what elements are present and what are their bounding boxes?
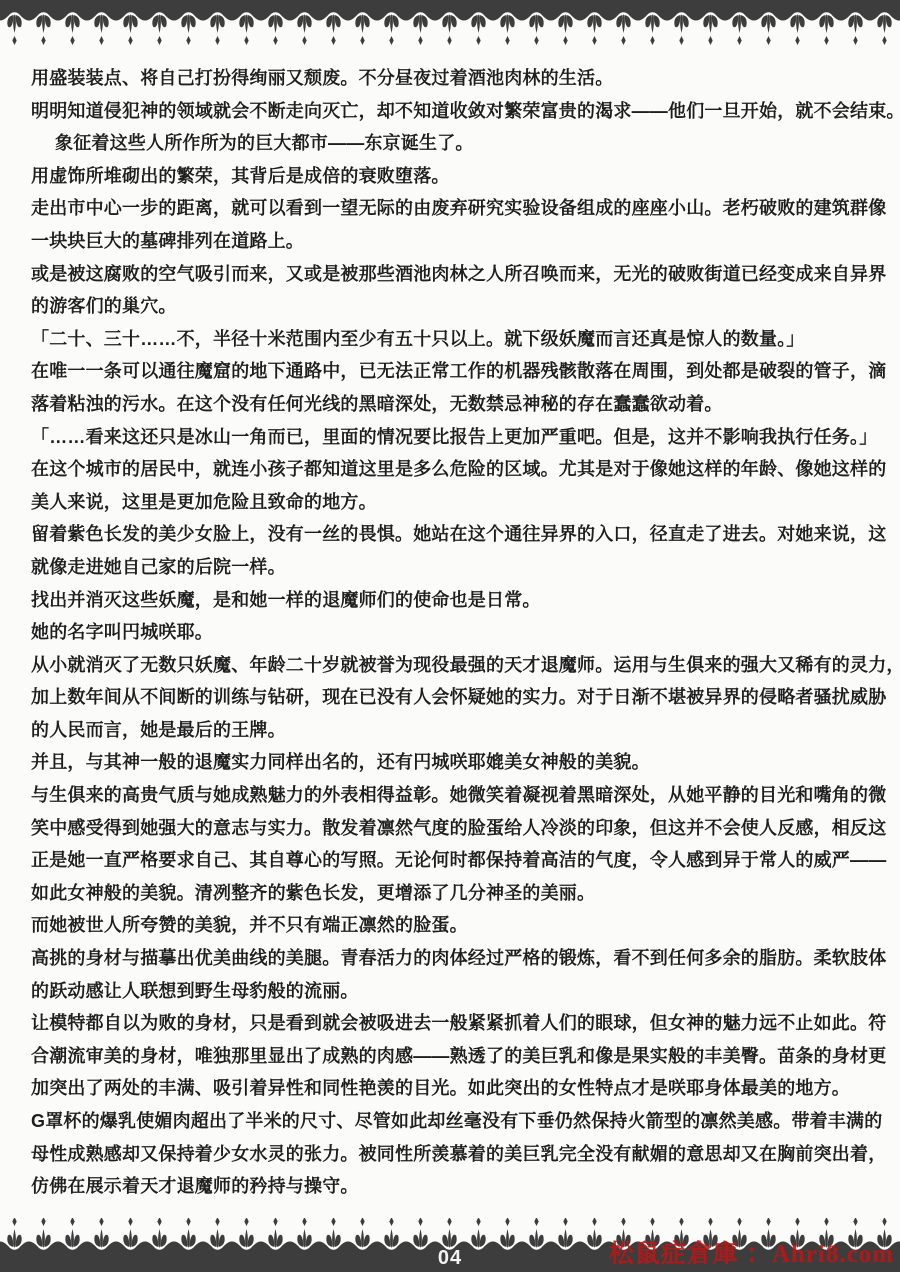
text-line: 正是她一直严格要求自己、其自尊心的写照。无论何时都保持着高洁的气度，令人感到异于… — [31, 844, 889, 877]
text-line: 母性成熟感却又保持着少女水灵的张力。被同性所羡慕着的美巨乳完全没有献媚的意思却又… — [31, 1138, 889, 1171]
text-line: 让模特都自以为败的身材，只是看到就会被吸进去一般紧紧抓着人们的眼球，但女神的魅力… — [31, 1007, 889, 1040]
text-line: 加上数年间从不间断的训练与钻研，现在已没有人会怀疑她的实力。对于日渐不堪被异界的… — [31, 681, 889, 714]
text-line: 一块块巨大的墓碑排列在道路上。 — [31, 225, 889, 258]
text-line: 她的名字叫円城咲耶。 — [31, 616, 889, 649]
text-line: 高挑的身材与描摹出优美曲线的美腿。青春活力的肉体经过严格的锻炼，看不到任何多余的… — [31, 942, 889, 975]
text-line: 合潮流审美的身材，唯独那里显出了成熟的肉感——熟透了的美巨乳和像是果实般的丰美臀… — [31, 1040, 889, 1073]
text-line: 走出市中心一步的距离，就可以看到一望无际的由废弃研究实验设备组成的座座小山。老朽… — [31, 192, 889, 225]
text-line: 美人来说，这里是更加危险且致命的地方。 — [31, 486, 889, 519]
text-line: 在唯一一条可以通往魔窟的地下通路中，已无法正常工作的机器残骸散落在周围，到处都是… — [31, 355, 889, 388]
text-line: 而她被世人所夸赞的美貌，并不只有端正凛然的脸蛋。 — [31, 909, 889, 942]
text-line: G罩杯的爆乳使媚肉超出了半米的尺寸、尽管如此却丝毫没有下垂仍然保持火箭型的凛然美… — [31, 1105, 889, 1138]
text-line: 的游客们的巢穴。 — [31, 290, 889, 323]
fleur-de-lis-top-border-icon — [0, 0, 900, 50]
text-line: 就像走进她自己家的后院一样。 — [31, 551, 889, 584]
text-line: 在这个城市的居民中，就连小孩子都知道这里是多么危险的区域。尤其是对于像她这样的年… — [31, 453, 889, 486]
text-line: 仿佛在展示着天才退魔师的矜持与操守。 — [31, 1170, 889, 1203]
text-line: 找出并消灭这些妖魔，是和她一样的退魔师们的使命也是日常。 — [31, 584, 889, 617]
text-line: 的跃动感让人联想到野生母豹般的流丽。 — [31, 975, 889, 1008]
text-line: 「二十、三十……不，半径十米范围内至少有五十只以上。就下级妖魔而言还真是惊人的数… — [31, 323, 889, 356]
text-line: 从小就消灭了无数只妖魔、年龄二十岁就被誉为现役最强的天才退魔师。运用与生俱来的强… — [31, 649, 889, 682]
text-line: 与生俱来的高贵气质与她成熟魅力的外表相得益彰。她微笑着凝视着黑暗深处，从她平静的… — [31, 779, 889, 812]
text-line: 如此女神般的美貌。清冽整齐的紫色长发，更增添了几分神圣的美丽。 — [31, 877, 889, 910]
text-line: 落着粘浊的污水。在这个没有任何光线的黑暗深处，无数禁忌神秘的存在蠢蠢欲动着。 — [31, 388, 889, 421]
document-text: 用盛装装点、将自己打扮得绚丽又颓废。不分昼夜过着酒池肉林的生活。明明知道侵犯神的… — [31, 62, 889, 1203]
text-line: 用虚饰所堆砌出的繁荣，其背后是成倍的衰败堕落。 — [31, 160, 889, 193]
text-line: 并且，与其神一般的退魔实力同样出名的，还有円城咲耶媲美女神般的美貌。 — [31, 746, 889, 779]
text-line: 明明知道侵犯神的领域就会不断走向灭亡，却不知道收敛对繁荣富贵的渴求——他们一旦开… — [31, 95, 889, 128]
text-line: 的人民而言，她是最后的王牌。 — [31, 714, 889, 747]
text-line: 或是被这腐败的空气吸引而来，又或是被那些酒池肉林之人所召唤而来，无光的破败街道已… — [31, 258, 889, 291]
text-line: 象征着这些人所作所为的巨大都市——东京诞生了。 — [31, 127, 889, 160]
text-line: 加突出了两处的丰满、吸引着异性和同性艳羡的目光。如此突出的女性特点才是咲耶身体最… — [31, 1072, 889, 1105]
text-line: 用盛装装点、将自己打扮得绚丽又颓废。不分昼夜过着酒池肉林的生活。 — [31, 62, 889, 95]
text-line: 笑中感受得到她强大的意志与实力。散发着凛然气度的脸蛋给人冷淡的印象，但这并不会使… — [31, 812, 889, 845]
watermark-text: 松鼠症倉庫 ：Ahri8.com — [609, 1234, 894, 1270]
text-line: 「……看来这还只是冰山一角而已，里面的情况要比报告上更加严重吧。但是，这并不影响… — [31, 421, 889, 454]
scanned-novel-page: 用盛装装点、将自己打扮得绚丽又颓废。不分昼夜过着酒池肉林的生活。明明知道侵犯神的… — [0, 0, 900, 1272]
text-line: 留着紫色长发的美少女脸上，没有一丝的畏惧。她站在这个通往异界的入口，径直走了进去… — [31, 518, 889, 551]
